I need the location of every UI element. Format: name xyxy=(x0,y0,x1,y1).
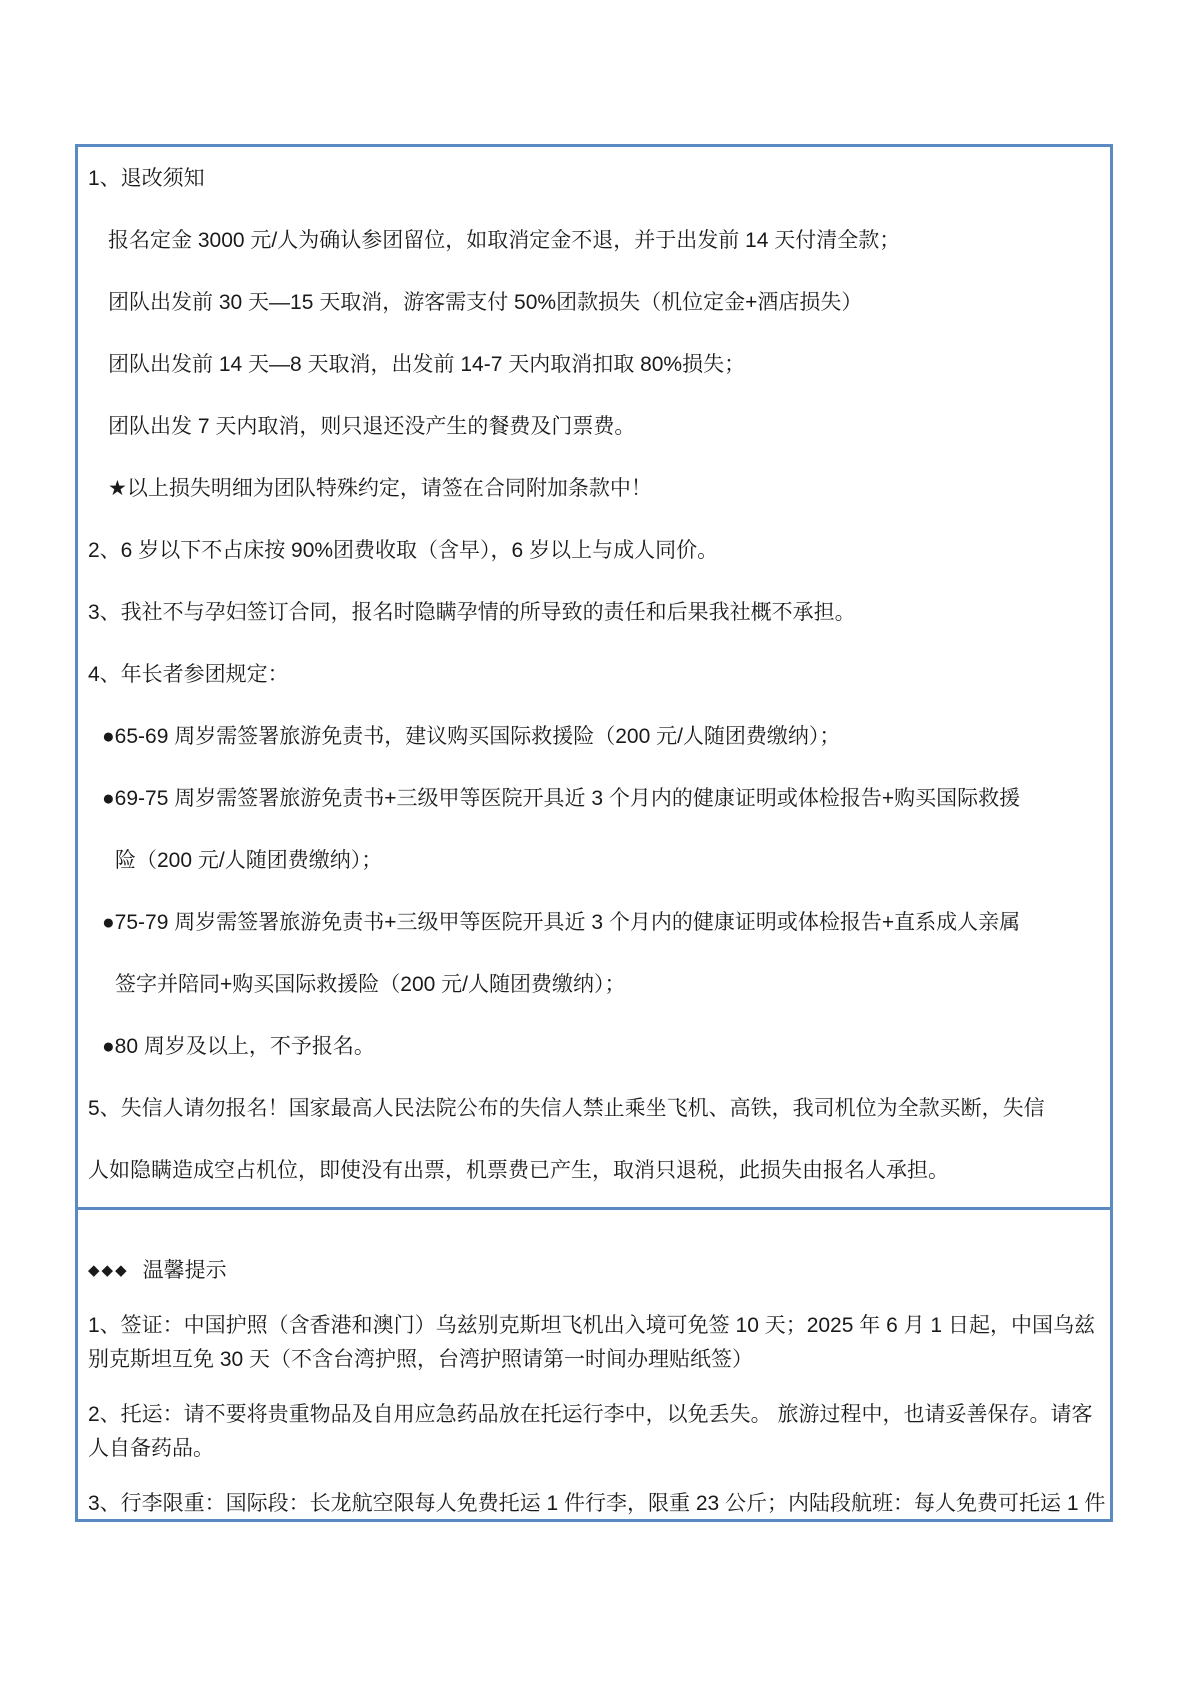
notice-item-blacklist: 5、失信人请勿报名！国家最高人民法院公布的失信人禁止乘坐飞机、高铁，我司机位为全… xyxy=(88,1078,1102,1140)
notice-item-blacklist-continuation: 人如隐瞒造成空占机位，即使没有出票，机票费已产生，取消只退税，此损失由报名人承担… xyxy=(88,1140,1102,1202)
notice-bullet-80-plus: ●80 周岁及以上，不予报名。 xyxy=(88,1016,1102,1078)
tip-line: 2、托运：请不要将贵重物品及自用应急药品放在托运行李中，以免丢失。 旅游过程中，… xyxy=(88,1398,1102,1432)
tip-line: 别克斯坦互免 30 天（不含台湾护照，台湾护照请第一时间办理贴纸签） xyxy=(88,1343,1102,1377)
notice-heading: 1、退改须知 xyxy=(88,148,1102,210)
notice-item-elderly: 4、年长者参团规定： xyxy=(88,644,1102,706)
notice-bullet-continuation: 签字并陪同+购买国际救援险（200 元/人随团费缴纳）； xyxy=(88,954,1102,1016)
notice-line: 团队出发 7 天内取消，则只退还没产生的餐费及门票费。 xyxy=(88,396,1102,458)
terms-table: 1、退改须知 报名定金 3000 元/人为确认参团留位，如取消定金不退，并于出发… xyxy=(75,144,1113,1522)
notice-item-children: 2、6 岁以下不占床按 90%团费收取（含早），6 岁以上与成人同价。 xyxy=(88,520,1102,582)
notice-line: 团队出发前 30 天—15 天取消，游客需支付 50%团款损失（机位定金+酒店损… xyxy=(88,272,1102,334)
diamonds-icon: ◆◆◆ xyxy=(88,1254,129,1288)
cancellation-notice-section: 1、退改须知 报名定金 3000 元/人为确认参团留位，如取消定金不退，并于出发… xyxy=(78,147,1110,1207)
warm-tips-header: ◆◆◆ 温馨提示 xyxy=(88,1254,1102,1288)
notice-star-note: ★以上损失明细为团队特殊约定，请签在合同附加条款中！ xyxy=(88,458,1102,520)
tip-line: 人自备药品。 xyxy=(88,1432,1102,1466)
tip-line: 3、行李限重：国际段：长龙航空限每人免费托运 1 件行李，限重 23 公斤；内陆… xyxy=(88,1487,1102,1521)
notice-item-pregnancy: 3、我社不与孕妇签订合同，报名时隐瞒孕情的所导致的责任和后果我社概不承担。 xyxy=(88,582,1102,644)
notice-bullet-65-69: ●65-69 周岁需签署旅游免责书，建议购买国际救援险（200 元/人随团费缴纳… xyxy=(88,706,1102,768)
warm-tips-title: 温馨提示 xyxy=(143,1254,227,1288)
tip-line: 1、签证：中国护照（含香港和澳门）乌兹别克斯坦飞机出入境可免签 10 天；202… xyxy=(88,1309,1102,1343)
notice-bullet-75-79: ●75-79 周岁需签署旅游免责书+三级甲等医院开具近 3 个月内的健康证明或体… xyxy=(88,892,1102,954)
warm-tips-section: ◆◆◆ 温馨提示 1、签证：中国护照（含香港和澳门）乌兹别克斯坦飞机出入境可免签… xyxy=(78,1207,1110,1521)
tip-visa: 1、签证：中国护照（含香港和澳门）乌兹别克斯坦飞机出入境可免签 10 天；202… xyxy=(88,1309,1102,1377)
tip-checked-baggage: 2、托运：请不要将贵重物品及自用应急药品放在托运行李中，以免丢失。 旅游过程中，… xyxy=(88,1398,1102,1466)
notice-bullet-69-75: ●69-75 周岁需签署旅游免责书+三级甲等医院开具近 3 个月内的健康证明或体… xyxy=(88,768,1102,830)
notice-bullet-continuation: 险（200 元/人随团费缴纳）； xyxy=(88,830,1102,892)
tip-baggage-allowance: 3、行李限重：国际段：长龙航空限每人免费托运 1 件行李，限重 23 公斤；内陆… xyxy=(88,1487,1102,1521)
notice-line: 团队出发前 14 天—8 天取消，出发前 14-7 天内取消扣取 80%损失； xyxy=(88,334,1102,396)
document-page: 1、退改须知 报名定金 3000 元/人为确认参团留位，如取消定金不退，并于出发… xyxy=(0,0,1190,1683)
notice-line: 报名定金 3000 元/人为确认参团留位，如取消定金不退，并于出发前 14 天付… xyxy=(88,210,1102,272)
